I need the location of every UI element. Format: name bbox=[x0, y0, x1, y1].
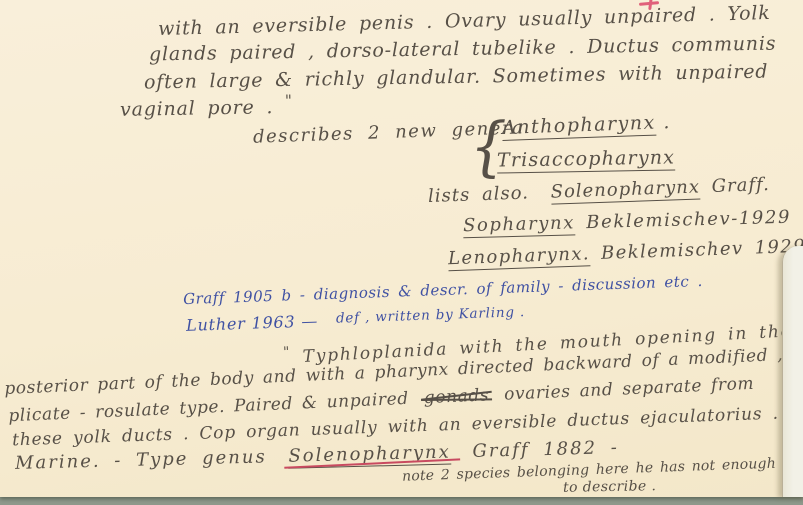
type-genus-name: Solenopharynx bbox=[288, 441, 451, 468]
index-card: with an eversible penis . Ovary usually … bbox=[0, 0, 803, 497]
list-item-sopharynx: Sopharynx Beklemischev-1929 bbox=[463, 207, 792, 237]
genus-name: Solenopharynx bbox=[550, 176, 700, 204]
quote-top-line-3: often large & richly glandular. Sometime… bbox=[144, 61, 769, 94]
reference-graff-1905: Graff 1905 b - diagnosis & descr. of fam… bbox=[183, 272, 703, 308]
period: . bbox=[663, 111, 671, 133]
list-item-lenopharynx: Lenopharynx. Beklemischev 1929 bbox=[448, 236, 803, 269]
reference-luther-1963: Luther 1963 — def , written by Karling . bbox=[186, 304, 526, 335]
note-line-2: to describe . bbox=[563, 478, 657, 496]
author: Graff. bbox=[711, 174, 770, 197]
list-intro: lists also. bbox=[428, 182, 530, 207]
quote-top-line-4-text: vaginal pore . bbox=[120, 96, 274, 121]
reference-note: def , written by Karling . bbox=[336, 304, 526, 327]
definition-text: Graff 1882 - bbox=[472, 437, 619, 462]
genus-name: Sopharynx bbox=[463, 212, 576, 238]
genus-trisaccopharynx: Trisaccopharynx bbox=[497, 146, 675, 171]
definition-text: Marine. - Type genus bbox=[15, 446, 267, 474]
author: Beklemischev 1929 bbox=[601, 236, 803, 264]
genus-name: Lenopharynx. bbox=[448, 243, 591, 271]
genus-name: Anthopharynx bbox=[502, 112, 657, 141]
genus-anthopharynx: Anthopharynx . bbox=[502, 111, 672, 139]
neighbor-card-corner bbox=[782, 246, 803, 497]
opening-quote-mark: " bbox=[283, 344, 292, 360]
definition-text: ovaries and separate from bbox=[504, 374, 755, 405]
genus-name: Trisaccopharynx bbox=[497, 146, 676, 173]
scanned-index-card: with an eversible penis . Ovary usually … bbox=[0, 0, 803, 505]
struck-word: gonads bbox=[423, 385, 489, 408]
author: Beklemischev-1929 bbox=[586, 207, 791, 233]
reference-label: Luther 1963 — bbox=[186, 311, 319, 335]
quote-top-line-4: vaginal pore . " bbox=[120, 91, 293, 120]
closing-quote-mark: " bbox=[285, 91, 293, 109]
